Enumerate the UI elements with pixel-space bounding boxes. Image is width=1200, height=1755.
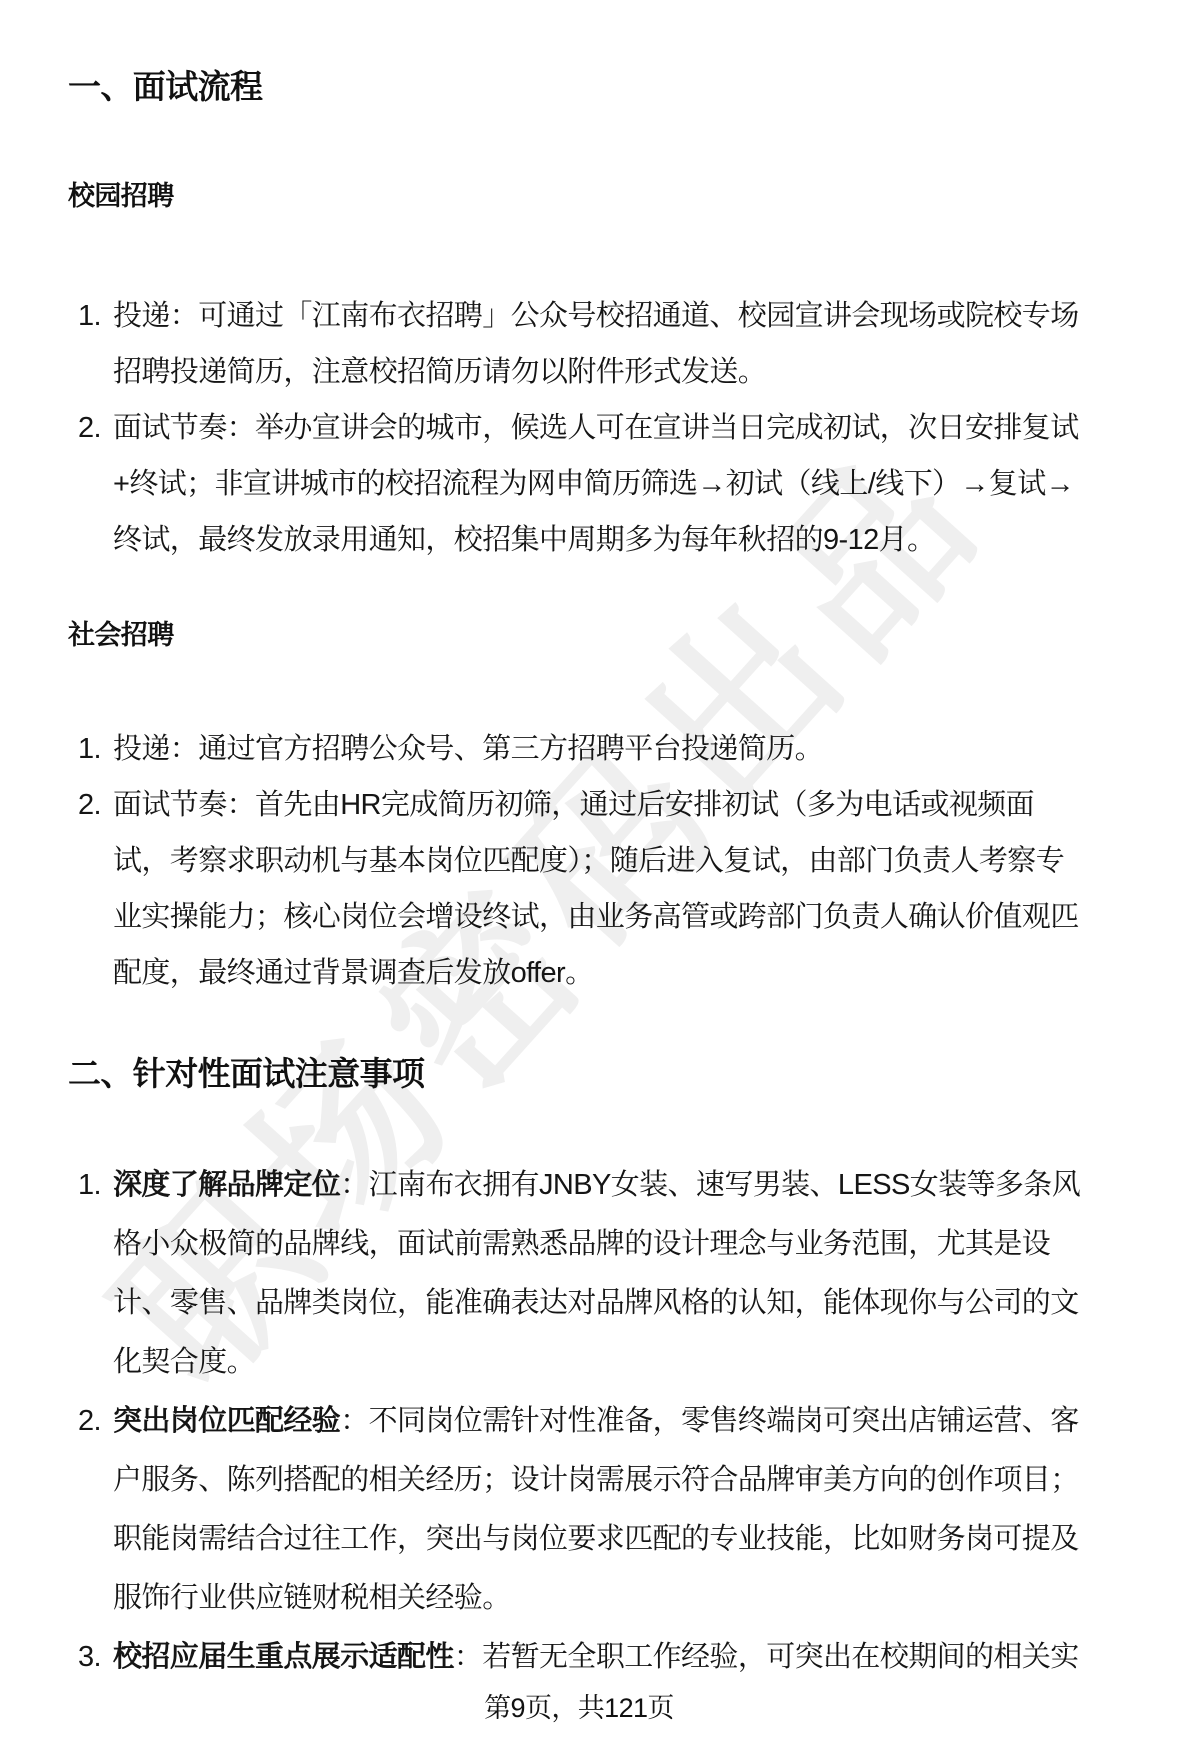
list-item-text: 面试节奏：举办宣讲会的城市，候选人可在宣讲当日完成初试，次日安排复试+终试；非宣… bbox=[113, 400, 1090, 568]
list-item-text: 突出岗位匹配经验：不同岗位需针对性准备，零售终端岗可突出店铺运营、客户服务、陈列… bbox=[113, 1392, 1090, 1628]
list-item-text: 深度了解品牌定位：江南布衣拥有JNBY女装、速写男装、LESS女装等多条风格小众… bbox=[113, 1156, 1090, 1392]
list-item: 1. 深度了解品牌定位：江南布衣拥有JNBY女装、速写男装、LESS女装等多条风… bbox=[68, 1156, 1090, 1392]
list-item-number: 1. bbox=[68, 1156, 113, 1392]
section-title-targeted-interview-notes: 二、针对性面试注意事项 bbox=[68, 1053, 1090, 1096]
list-item: 3. 校招应届生重点展示适配性：若暂无全职工作经验，可突出在校期间的相关实 bbox=[68, 1628, 1090, 1687]
subsection-title-social-recruiting: 社会招聘 bbox=[68, 618, 1090, 653]
list-item-lead-bold: 深度了解品牌定位 bbox=[113, 1169, 340, 1201]
list-item-number: 2. bbox=[68, 1392, 113, 1628]
list-item: 1. 投递：通过官方招聘公众号、第三方招聘平台投递简历。 bbox=[68, 721, 1090, 777]
list-item: 1. 投递：可通过「江南布衣招聘」公众号校招通道、校园宣讲会现场或院校专场招聘投… bbox=[68, 288, 1090, 400]
list-item-text: 投递：可通过「江南布衣招聘」公众号校招通道、校园宣讲会现场或院校专场招聘投递简历… bbox=[113, 288, 1090, 400]
social-recruiting-list: 1. 投递：通过官方招聘公众号、第三方招聘平台投递简历。 2. 面试节奏：首先由… bbox=[68, 721, 1090, 1001]
list-item-lead-bold: 突出岗位匹配经验 bbox=[113, 1405, 340, 1437]
list-item: 2. 面试节奏：首先由HR完成简历初筛，通过后安排初试（多为电话或视频面试，考察… bbox=[68, 777, 1090, 1001]
list-item-number: 1. bbox=[68, 721, 113, 777]
list-item-lead-bold: 校招应届生重点展示适配性 bbox=[113, 1641, 454, 1673]
campus-recruiting-list: 1. 投递：可通过「江南布衣招聘」公众号校招通道、校园宣讲会现场或院校专场招聘投… bbox=[68, 288, 1090, 568]
targeted-notes-list: 1. 深度了解品牌定位：江南布衣拥有JNBY女装、速写男装、LESS女装等多条风… bbox=[68, 1156, 1090, 1687]
document-page: 一、面试流程 校园招聘 1. 投递：可通过「江南布衣招聘」公众号校招通道、校园宣… bbox=[0, 0, 1200, 1725]
list-item-body: ：若暂无全职工作经验，可突出在校期间的相关实 bbox=[454, 1641, 1079, 1673]
list-item: 2. 突出岗位匹配经验：不同岗位需针对性准备，零售终端岗可突出店铺运营、客户服务… bbox=[68, 1392, 1090, 1628]
list-item-text: 校招应届生重点展示适配性：若暂无全职工作经验，可突出在校期间的相关实 bbox=[113, 1628, 1090, 1687]
list-item-text: 面试节奏：首先由HR完成简历初筛，通过后安排初试（多为电话或视频面试，考察求职动… bbox=[113, 777, 1090, 1001]
subsection-title-campus-recruiting: 校园招聘 bbox=[68, 179, 1090, 214]
list-item-number: 3. bbox=[68, 1628, 113, 1687]
list-item-text: 投递：通过官方招聘公众号、第三方招聘平台投递简历。 bbox=[113, 721, 1090, 777]
section-title-interview-process: 一、面试流程 bbox=[68, 66, 1090, 109]
list-item-number: 2. bbox=[68, 400, 113, 568]
list-item: 2. 面试节奏：举办宣讲会的城市，候选人可在宣讲当日完成初试，次日安排复试+终试… bbox=[68, 400, 1090, 568]
page-number-footer: 第9页，共121页 bbox=[68, 1691, 1090, 1725]
list-item-number: 1. bbox=[68, 288, 113, 400]
list-item-number: 2. bbox=[68, 777, 113, 1001]
